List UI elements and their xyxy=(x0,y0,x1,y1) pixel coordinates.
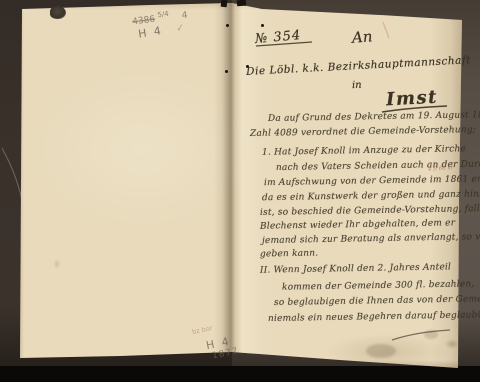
closing-flourish xyxy=(392,330,450,340)
stroke-overlay xyxy=(0,0,480,382)
backdrop-scratch xyxy=(2,148,24,210)
manuscript-photo: 4386 5/4 4 H 4 ✓ № 354 An Die Löbl. k.k.… xyxy=(0,0,480,382)
number-underline xyxy=(256,42,312,46)
red-pencil-mark xyxy=(383,22,389,38)
place-underline xyxy=(382,106,447,112)
